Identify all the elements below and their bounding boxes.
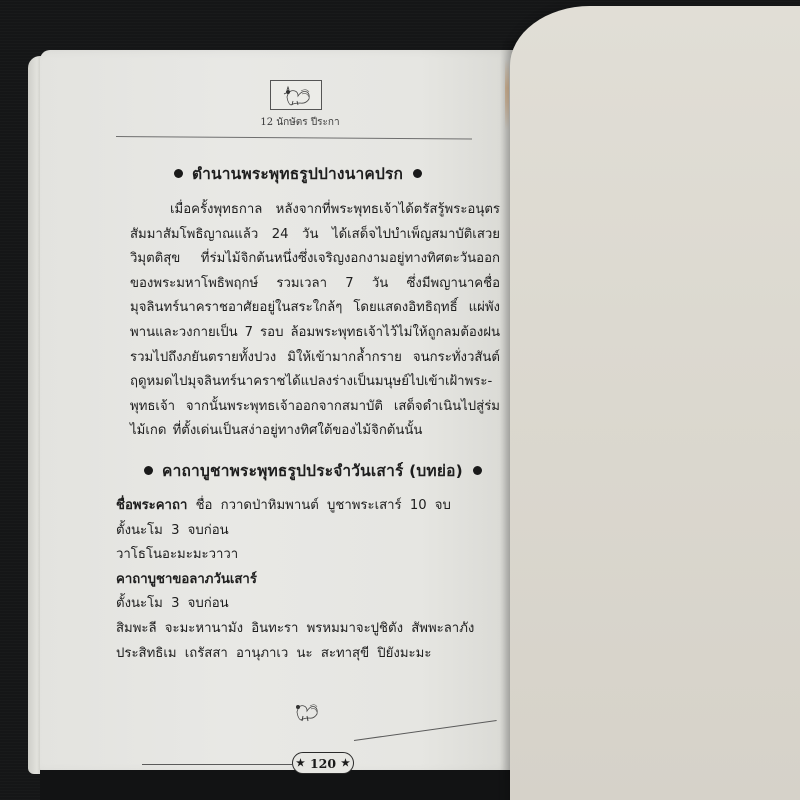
prayer-line: ประสิทธิเม เถรัสสา อานุภาเว นะ สะทาสุขี … [116, 642, 500, 667]
paragraph-line: วิมุตติสุข ที่ร่มไม้จิกต้นหนึ่งซึ่งเจริญ… [130, 247, 500, 272]
section-title-legend: ตำนานพระพุทธรูปปางนาคปรก [174, 160, 500, 186]
paragraph-line: ฤดูหมดไปมุจลินทร์นาคราชได้แปลงร่างเป็นมน… [130, 370, 500, 395]
paragraph-line: ของพระมหาโพธิพฤกษ์ รวมเวลา 7 วัน ซึ่งมีพ… [130, 272, 500, 297]
star-icon: ★ [341, 758, 350, 769]
running-head: 12 นักษัตร ปีระกา [240, 115, 360, 130]
section-title-text: ตำนานพระพุทธรูปปางนาคปรก [192, 161, 403, 186]
paragraph-line: พานและวงกายเป็น 7 รอบ ล้อมพระพุทธเจ้าไว้… [130, 321, 500, 346]
paragraph-line: เมื่อครั้งพุทธกาล หลังจากที่พระพุทธเจ้าไ… [130, 198, 500, 223]
legend-paragraph: เมื่อครั้งพุทธกาล หลังจากที่พระพุทธเจ้าไ… [130, 198, 500, 444]
prayer-line: ตั้งนะโม 3 จบก่อน [116, 592, 500, 617]
prayer-line: วาโธโนอะมะมะวาวา [116, 543, 500, 568]
bullet-icon [144, 466, 153, 475]
page-number: 120 [310, 756, 336, 771]
prayer-line: สิมพะลี จะมะหานามัง อินทะรา พรหมมาจะปูชิ… [116, 617, 500, 642]
paragraph-line: มุจลินทร์นาคราชอาศัยอยู่ในสระใกล้ๆ โดยแส… [130, 296, 500, 321]
star-icon: ★ [296, 758, 305, 769]
prayer-block: ชื่อพระคาถา ชื่อ กวาดป่าหิมพานต์ บูชาพระ… [116, 494, 500, 666]
bullet-icon [174, 169, 183, 178]
rooster-icon [291, 698, 321, 722]
header-ornament-box [270, 80, 322, 110]
section-title-prayer: คาถาบูชาพระพุทธรูปประจำวันเสาร์ (บทย่อ) [144, 458, 500, 484]
rooster-icon [279, 83, 313, 107]
page-body: ตำนานพระพุทธรูปปางนาคปรก เมื่อครั้งพุทธก… [130, 160, 500, 666]
right-page-blank [510, 6, 800, 800]
paragraph-line: ไม้เกด ที่ตั้งเด่นเป็นสง่าอยู่ทางทิศใต้ข… [130, 419, 500, 444]
gutter-stain [505, 60, 509, 130]
prayer-name-value: ชื่อ กวาดป่าหิมพานต์ บูชาพระเสาร์ 10 จบ [196, 498, 451, 513]
bullet-icon [413, 169, 422, 178]
paragraph-line: พุทธเจ้า จากนั้นพระพุทธเจ้าออกจากสมาบัติ… [130, 395, 500, 420]
prayer-subheading: คาถาบูชาขอลาภวันเสาร์ [116, 568, 500, 593]
prayer-line: ตั้งนะโม 3 จบก่อน [116, 519, 500, 544]
paragraph-line: สัมมาสัมโพธิญาณแล้ว 24 วัน ได้เสด็จไปบำเ… [130, 223, 500, 248]
footer-divider-left [142, 764, 292, 765]
section-title-text: คาถาบูชาพระพุทธรูปประจำวันเสาร์ (บทย่อ) [162, 458, 463, 483]
page-number-badge: ★ 120 ★ [292, 752, 354, 774]
paragraph-line: รวมไปถึงภยันตรายทั้งปวง มิให้เข้ามากล้ำก… [130, 346, 500, 371]
bottom-shadow [40, 770, 520, 800]
bullet-icon [473, 466, 482, 475]
prayer-name-label: ชื่อพระคาถา [116, 498, 187, 513]
prayer-name-line: ชื่อพระคาถา ชื่อ กวาดป่าหิมพานต์ บูชาพระ… [116, 494, 500, 519]
